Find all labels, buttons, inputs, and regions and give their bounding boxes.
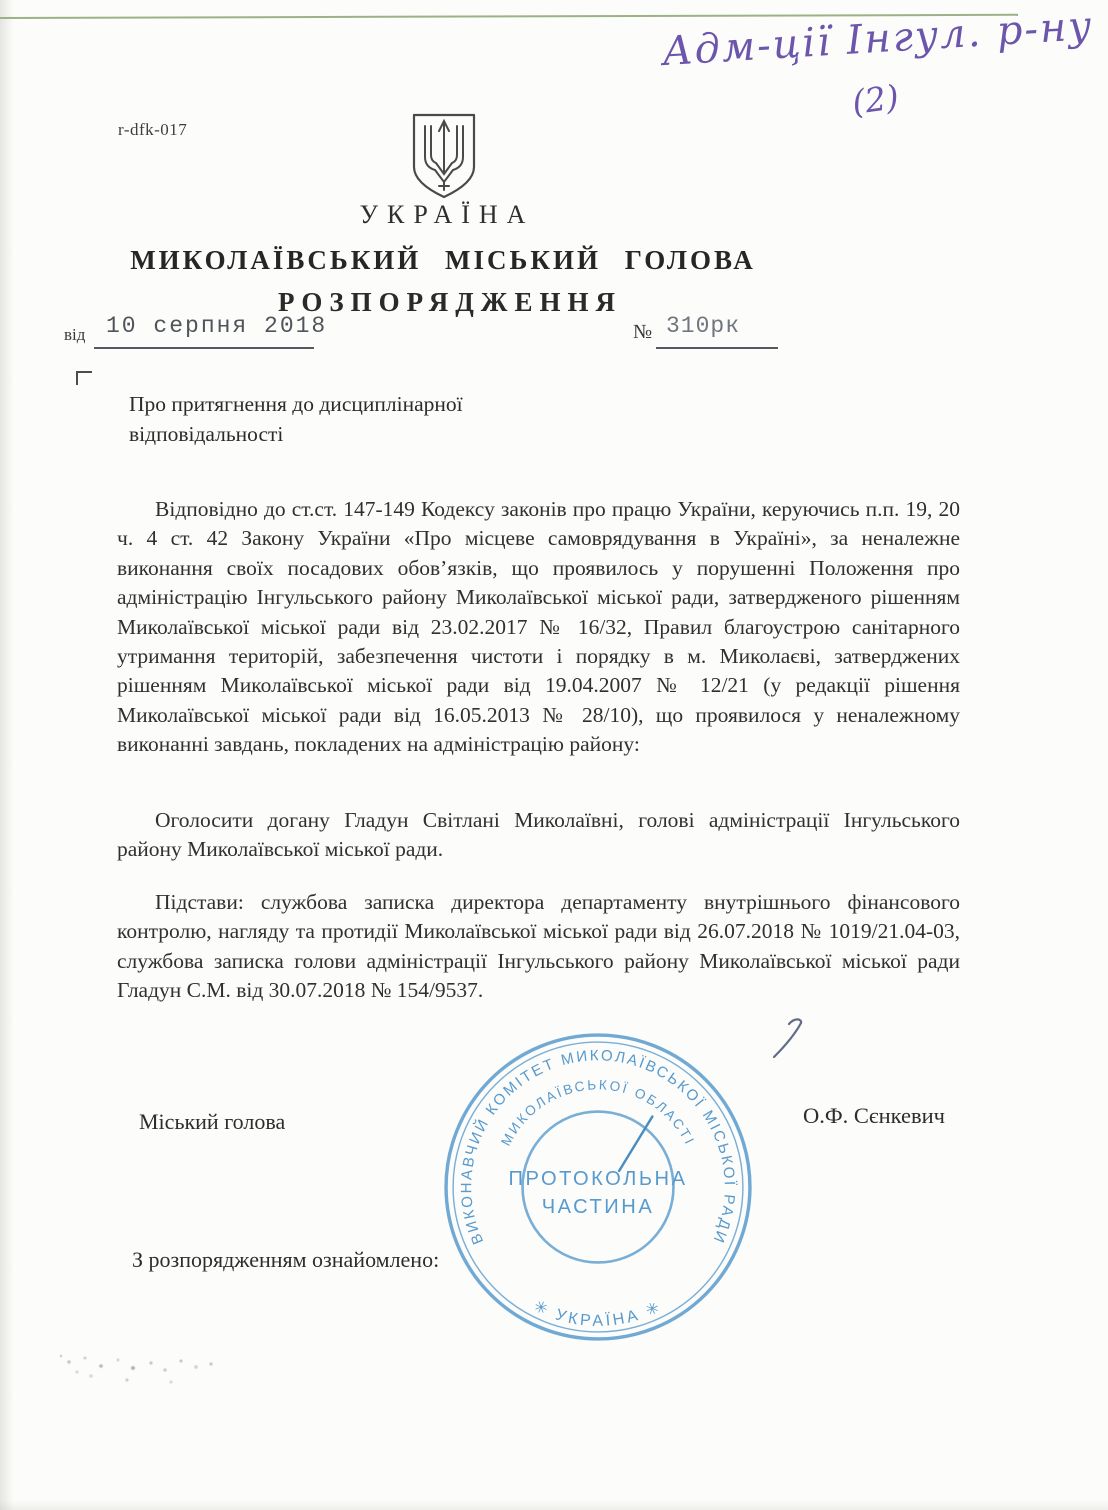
body-paragraph-legal-grounds: Відповідно до ст.ст. 147-149 Кодексу зак… <box>117 495 960 760</box>
date-label: від <box>64 325 85 345</box>
country-title: УКРАЇНА <box>197 200 697 230</box>
number-label: № <box>633 321 652 344</box>
authority-title: МИКОЛАЇВСЬКИЙ МІСЬКИЙ ГОЛОВА <box>93 245 793 276</box>
subject-block: Про притягнення до дисциплінарної відпов… <box>129 389 463 449</box>
coat-of-arms-icon <box>408 111 480 201</box>
signature-name: О.Ф. Сєнкевич <box>803 1103 945 1129</box>
stamp-bottom-text: ✳ УКРАЇНА ✳ <box>531 1297 665 1330</box>
acknowledgement-line: З розпорядженням ознайомлено: <box>132 1247 439 1273</box>
pen-stroke-mark <box>765 1012 813 1064</box>
form-code: r-dfk-017 <box>118 120 187 140</box>
official-round-stamp: ВИКОНАВЧИЙ КОМІТЕТ МИКОЛАЇВСЬКОЇ МІСЬКОЇ… <box>437 1026 759 1348</box>
stamp-center-line2: ЧАСТИНА <box>542 1196 655 1218</box>
body-paragraph-reprimand: Оголосити догану Гладун Світлані Миколаї… <box>117 806 960 865</box>
date-underline <box>94 347 314 349</box>
scanned-document-page: Адм-ції Інгул. р-ну (2) r-dfk-017 УКРАЇН… <box>0 0 1108 1510</box>
handwritten-note-line2: (2) <box>850 77 902 122</box>
number-value: 310рк <box>666 313 740 339</box>
subject-line2: відповідальності <box>129 419 463 449</box>
pen-stroke-in-stamp <box>619 1117 652 1171</box>
stamp-center-line1: ПРОТОКОЛЬНА <box>509 1168 688 1190</box>
signature-title: Міський голова <box>139 1109 285 1135</box>
subject-line1: Про притягнення до дисциплінарної <box>129 389 463 419</box>
number-underline <box>656 347 778 349</box>
form-corner-mark <box>76 371 92 385</box>
date-value: 10 серпня 2018 <box>106 313 327 339</box>
scan-noise-speckles <box>60 1355 62 1357</box>
body-paragraph-bases: Підстави: службова записка директора деп… <box>117 888 960 1006</box>
